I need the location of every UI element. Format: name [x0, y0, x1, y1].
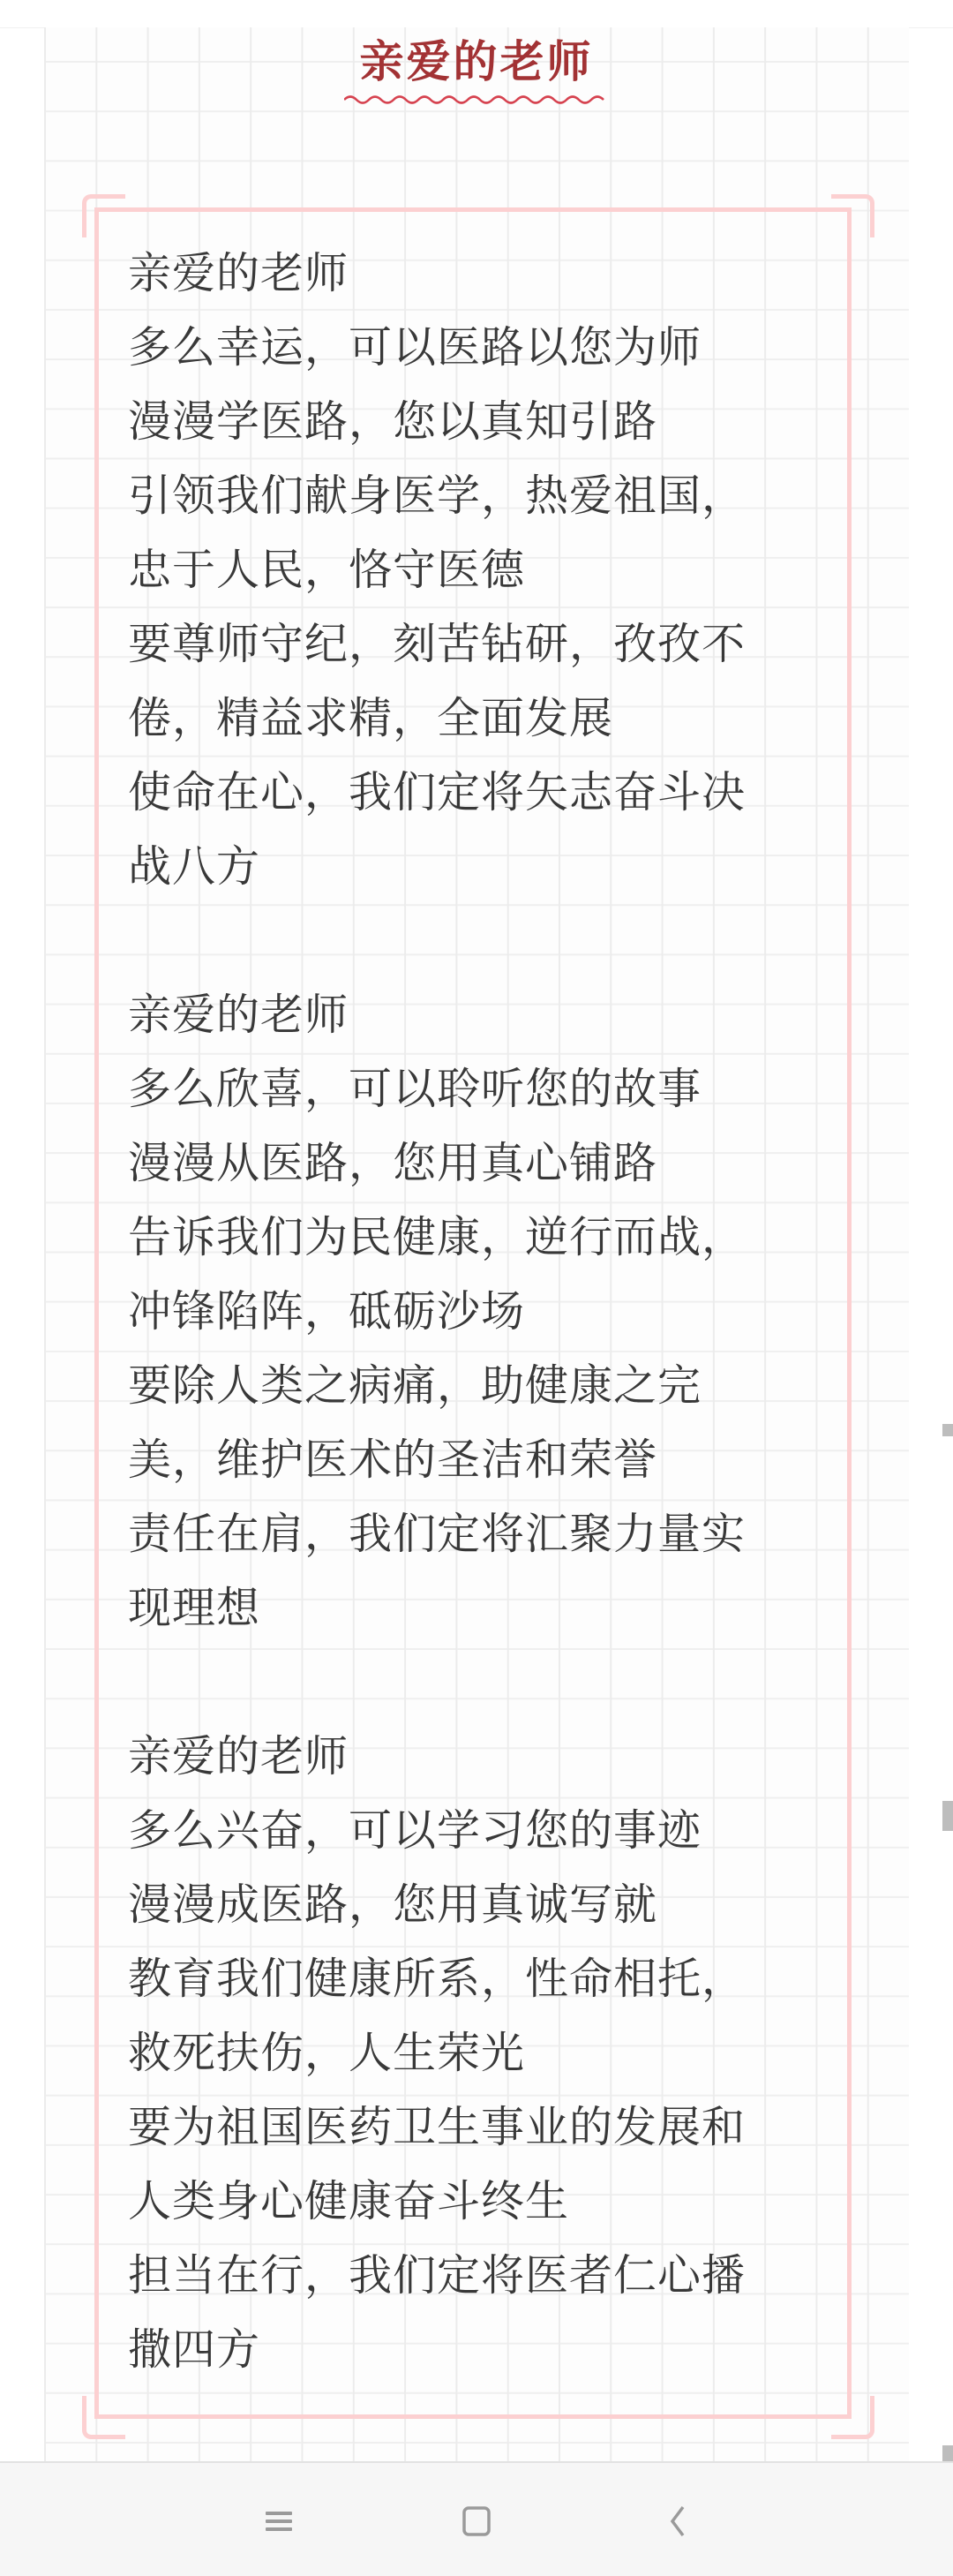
back-chevron-icon: [667, 2505, 688, 2537]
poem-line: 责任在肩，我们定将汇聚力量实: [128, 1497, 816, 1571]
poem-line: 现理想: [128, 1571, 816, 1646]
scrollbar-marker[interactable]: [942, 2445, 953, 2461]
scrollbar-marker[interactable]: [942, 1424, 953, 1436]
poem-line: 引领我们献身医学，热爱祖国，: [128, 459, 816, 533]
poem-line: 撒四方: [128, 2313, 816, 2387]
page-title: 亲爱的老师: [360, 32, 594, 92]
menu-icon: [266, 2508, 292, 2535]
title-container: 亲爱的老师: [0, 32, 953, 92]
poem-line: 多么欣喜，可以聆听您的故事: [128, 1052, 816, 1126]
poem-line: 告诉我们为民健康，逆行而战，: [128, 1201, 816, 1275]
home-square-icon: [461, 2505, 492, 2537]
stanza-3: 亲爱的老师 多么兴奋，可以学习您的事迹 漫漫成医路，您用真诚写就 教育我们健康所…: [128, 1720, 816, 2387]
poem-line: 漫漫从医路，您用真心铺路: [128, 1126, 816, 1201]
poem-line: 冲锋陷阵，砥砺沙场: [128, 1275, 816, 1349]
poem-line: 使命在心，我们定将矢志奋斗决: [128, 756, 816, 830]
poem-line: 亲爱的老师: [128, 978, 816, 1052]
poem-line: 要除人类之病痛，助健康之完: [128, 1349, 816, 1423]
poem-line: 漫漫学医路，您以真知引路: [128, 385, 816, 459]
poem-line: 要为祖国医药卫生事业的发展和: [128, 2090, 816, 2165]
poem-body: 亲爱的老师 多么幸运，可以医路以您为师 漫漫学医路，您以真知引路 引领我们献身医…: [128, 237, 816, 2461]
poem-line: 多么幸运，可以医路以您为师: [128, 311, 816, 385]
poem-line: 多么兴奋，可以学习您的事迹: [128, 1794, 816, 1868]
poem-line: 教育我们健康所系，性命相托，: [128, 1942, 816, 2016]
stanza-2: 亲爱的老师 多么欣喜，可以聆听您的故事 漫漫从医路，您用真心铺路 告诉我们为民健…: [128, 978, 816, 1646]
poem-line: 漫漫成医路，您用真诚写就: [128, 1868, 816, 1942]
poem-line: 担当在行，我们定将医者仁心播: [128, 2239, 816, 2313]
back-button[interactable]: [651, 2495, 704, 2548]
poem-line: 忠于人民，恪守医德: [128, 533, 816, 607]
poem-line: 倦，精益求精，全面发展: [128, 682, 816, 756]
status-area: [0, 0, 953, 28]
stanza-1: 亲爱的老师 多么幸运，可以医路以您为师 漫漫学医路，您以真知引路 引领我们献身医…: [128, 237, 816, 904]
system-navigation-bar: [0, 2461, 953, 2576]
poem-line: 要尊师守纪，刻苦钻研，孜孜不: [128, 607, 816, 682]
scrollbar-thumb[interactable]: [942, 1801, 953, 1831]
poem-line: 战八方: [128, 830, 816, 904]
poem-line: 人类身心健康奋斗终生: [128, 2165, 816, 2239]
poem-line: 亲爱的老师: [128, 1720, 816, 1794]
recent-apps-button[interactable]: [252, 2495, 305, 2548]
wavy-underline-decoration: [344, 94, 605, 106]
poem-line: 美，维护医术的圣洁和荣誉: [128, 1423, 816, 1497]
poem-line: 救死扶伤，人生荣光: [128, 2016, 816, 2090]
poem-line: 亲爱的老师: [128, 237, 816, 311]
home-button[interactable]: [450, 2495, 503, 2548]
